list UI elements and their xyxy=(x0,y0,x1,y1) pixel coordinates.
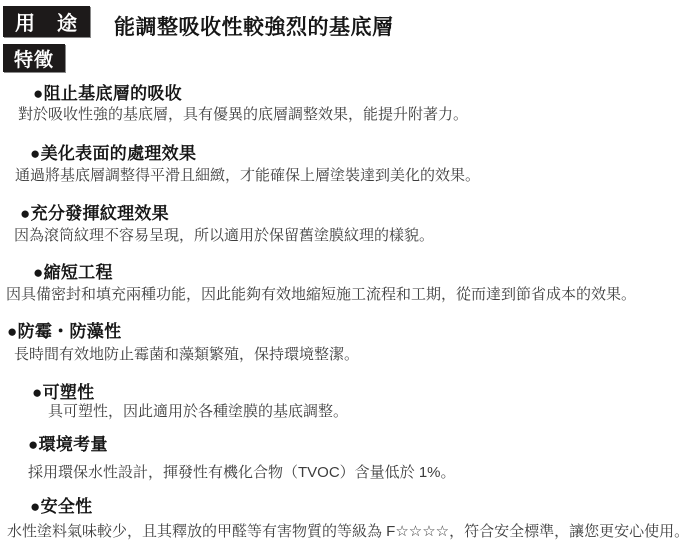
feature-body-shorten-process: 因具備密封和填充兩種功能，因此能夠有效地縮短施工流程和工期，從而達到節省成本的效… xyxy=(6,283,636,306)
feature-heading-shorten-process: ●縮短工程 xyxy=(33,258,113,283)
feature-body-texture-effect: 因為滾筒紋理不容易呈現，所以適用於保留舊塗膜紋理的樣貌。 xyxy=(14,224,434,247)
feature-heading-surface-beautify: ●美化表面的處理效果 xyxy=(30,139,196,164)
feature-heading-texture-effect: ●充分發揮紋理效果 xyxy=(20,199,169,224)
feature-heading-absorption-block: ●阻止基底層的吸收 xyxy=(33,79,182,104)
feature-body-environment: 採用環保水性設計，揮發性有機化合物（TVOC）含量低於 1%。 xyxy=(28,461,456,484)
feature-body-plasticity: 具可塑性，因此適用於各種塗膜的基底調整。 xyxy=(48,400,348,423)
usage-section-label: 用 途 xyxy=(3,6,90,37)
features-section-label: 特徵 xyxy=(3,44,65,72)
feature-body-absorption-block: 對於吸收性強的基底層，具有優異的底層調整效果，能提升附著力。 xyxy=(18,103,468,126)
usage-description: 能調整吸收性較強烈的基底層 xyxy=(114,11,394,41)
feature-heading-anti-mold-algae: ●防霉・防藻性 xyxy=(7,317,121,342)
feature-body-safety: 水性塗料氣味較少，且其釋放的甲醛等有害物質的等級為 F☆☆☆☆，符合安全標準，讓… xyxy=(7,520,691,543)
feature-body-anti-mold-algae: 長時間有效地防止霉菌和藻類繁殖，保持環境整潔。 xyxy=(14,343,359,366)
feature-body-surface-beautify: 通過將基底層調整得平滑且細緻，才能確保上層塗裝達到美化的效果。 xyxy=(15,164,480,187)
feature-heading-environment: ●環境考量 xyxy=(28,430,108,455)
document-page: 用 途 能調整吸收性較強烈的基底層 特徵 ●阻止基底層的吸收 對於吸收性強的基底… xyxy=(0,0,697,560)
feature-heading-safety: ●安全性 xyxy=(30,492,92,517)
